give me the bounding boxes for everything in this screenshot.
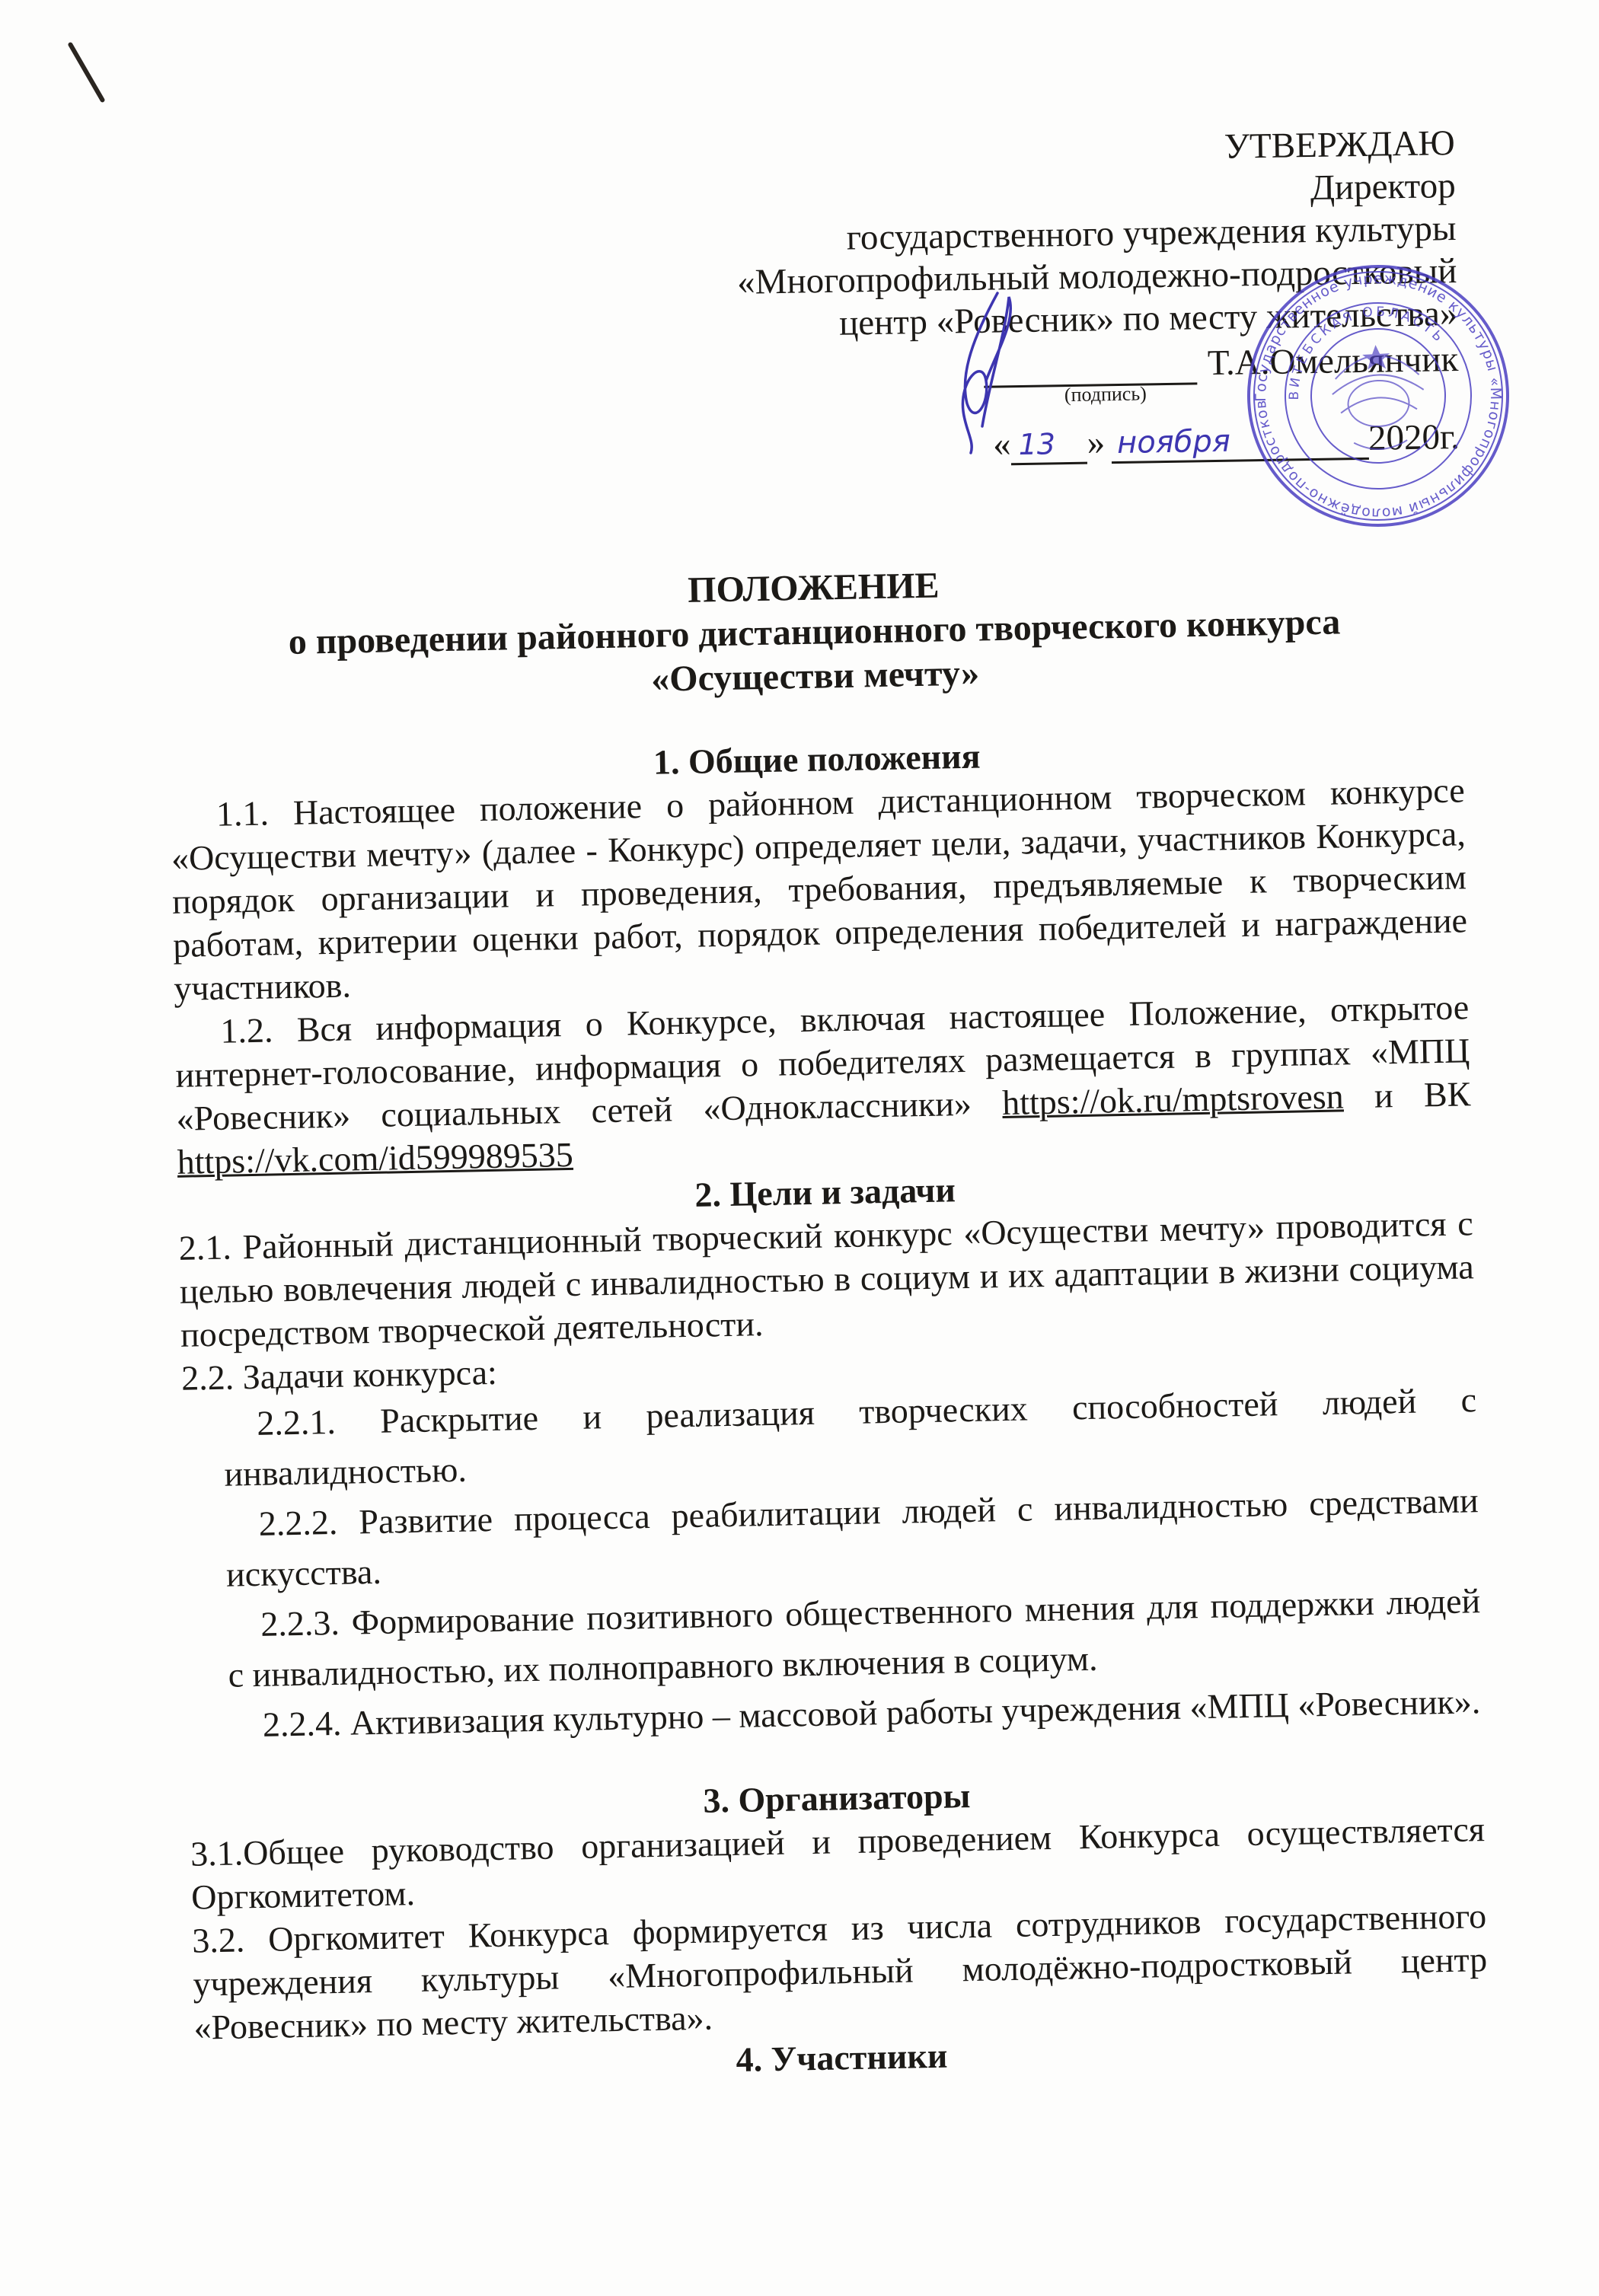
pen-mark [67, 42, 105, 104]
paragraph-1-2: 1.2. Вся информация о Конкурсе, включая … [174, 985, 1472, 1184]
paragraph-1-1: 1.1. Настоящее положение о районном дист… [170, 768, 1468, 1010]
date-close-quote: » [1087, 421, 1105, 464]
official-stamp-icon: Государственное учреждение культуры «Мно… [1238, 256, 1518, 536]
document-title-block: ПОЛОЖЕНИЕ о проведении районного дистанц… [166, 553, 1463, 711]
paragraph-2-1: 2.1. Районный дистанционный творческий к… [178, 1201, 1475, 1357]
document-body: ПОЛОЖЕНИЕ о проведении районного дистанц… [166, 553, 1489, 2091]
vk-link[interactable]: https://vk.com/id599989535 [177, 1135, 573, 1181]
vk-prefix: и ВК [1374, 1074, 1470, 1115]
paragraph-3-2: 3.2. Оргкомитет Конкурса формируется из … [192, 1894, 1489, 2049]
document-page: УТВЕРЖДАЮ Директор государственного учре… [0, 0, 1599, 2296]
ok-link[interactable]: https://ok.ru/mptsrovesn [1002, 1076, 1344, 1122]
signature-icon [944, 289, 1028, 457]
